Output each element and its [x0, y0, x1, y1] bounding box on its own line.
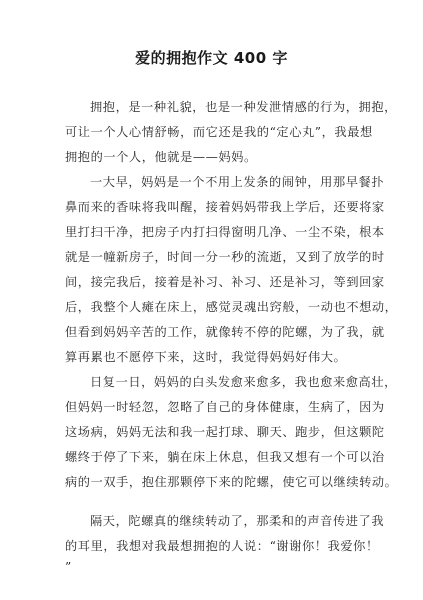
- paragraph-4-line-1: 隔天，陀螺真的继续转动了，那柔和的声音传进了我: [90, 512, 384, 529]
- paragraph-1-line-1: 拥抱，是一种礼貌，也是一种发泄情感的行为，拥抱，: [90, 98, 397, 115]
- paragraph-2-line-6: 后，我整个人瘫在床上，感觉灵魂出窍般，一动也不想动，: [65, 298, 397, 315]
- document-page: 爱的拥抱作文 400 字 拥抱，是一种礼貌，也是一种发泄情感的行为，拥抱， 可让…: [0, 0, 423, 600]
- document-title: 爱的拥抱作文 400 字: [0, 47, 423, 68]
- paragraph-3-line-5: 病的一双手，抱住那颗停下来的陀螺，使它可以继续转动。: [65, 473, 397, 490]
- paragraph-3-line-4: 螺终于停了下来，躺在床上休息，但我又想有一个可以治: [65, 448, 385, 465]
- paragraph-1-line-3: 拥抱的一个人，他就是——妈妈。: [65, 148, 257, 165]
- paragraph-2-line-3: 里打扫干净，把房子内打扫得窗明几净、一尘不染，根本: [65, 223, 385, 240]
- paragraph-2-line-8: 算再累也不愿停下来，这时，我觉得妈妈好伟大。: [65, 348, 346, 365]
- paragraph-2-line-7: 但看到妈妈辛苦的工作，就像转不停的陀螺，为了我，就: [65, 323, 385, 340]
- paragraph-3-line-1: 日复一日，妈妈的白头发愈来愈多，我也愈来愈高壮，: [90, 373, 397, 390]
- paragraph-4-line-2: 的耳里，我想对我最想拥抱的人说：“谢谢你！我爱你！: [65, 537, 379, 554]
- paragraph-2-line-4: 就是一幢新房子，时间一分一秒的流逝，又到了放学的时: [65, 248, 385, 265]
- paragraph-1-line-2: 可让一个人心情舒畅，而它还是我的“定心丸”，我最想: [65, 123, 373, 140]
- paragraph-2-line-5: 间，接完我后，接着是补习、补习、还是补习，等到回家: [65, 273, 385, 290]
- paragraph-3-line-3: 这场病，妈妈无法和我一起打球、聊天、跑步，但这颗陀: [65, 423, 385, 440]
- paragraph-4-line-3: ”: [65, 560, 72, 574]
- paragraph-3-line-2: 但妈妈一时轻忽，忽略了自己的身体健康，生病了，因为: [65, 398, 385, 415]
- paragraph-2-line-1: 一大早，妈妈是一个不用上发条的闹钟，用那早餐扑: [90, 173, 384, 190]
- paragraph-2-line-2: 鼻而来的香味将我叫醒，接着妈妈带我上学后，还要将家: [65, 198, 385, 215]
